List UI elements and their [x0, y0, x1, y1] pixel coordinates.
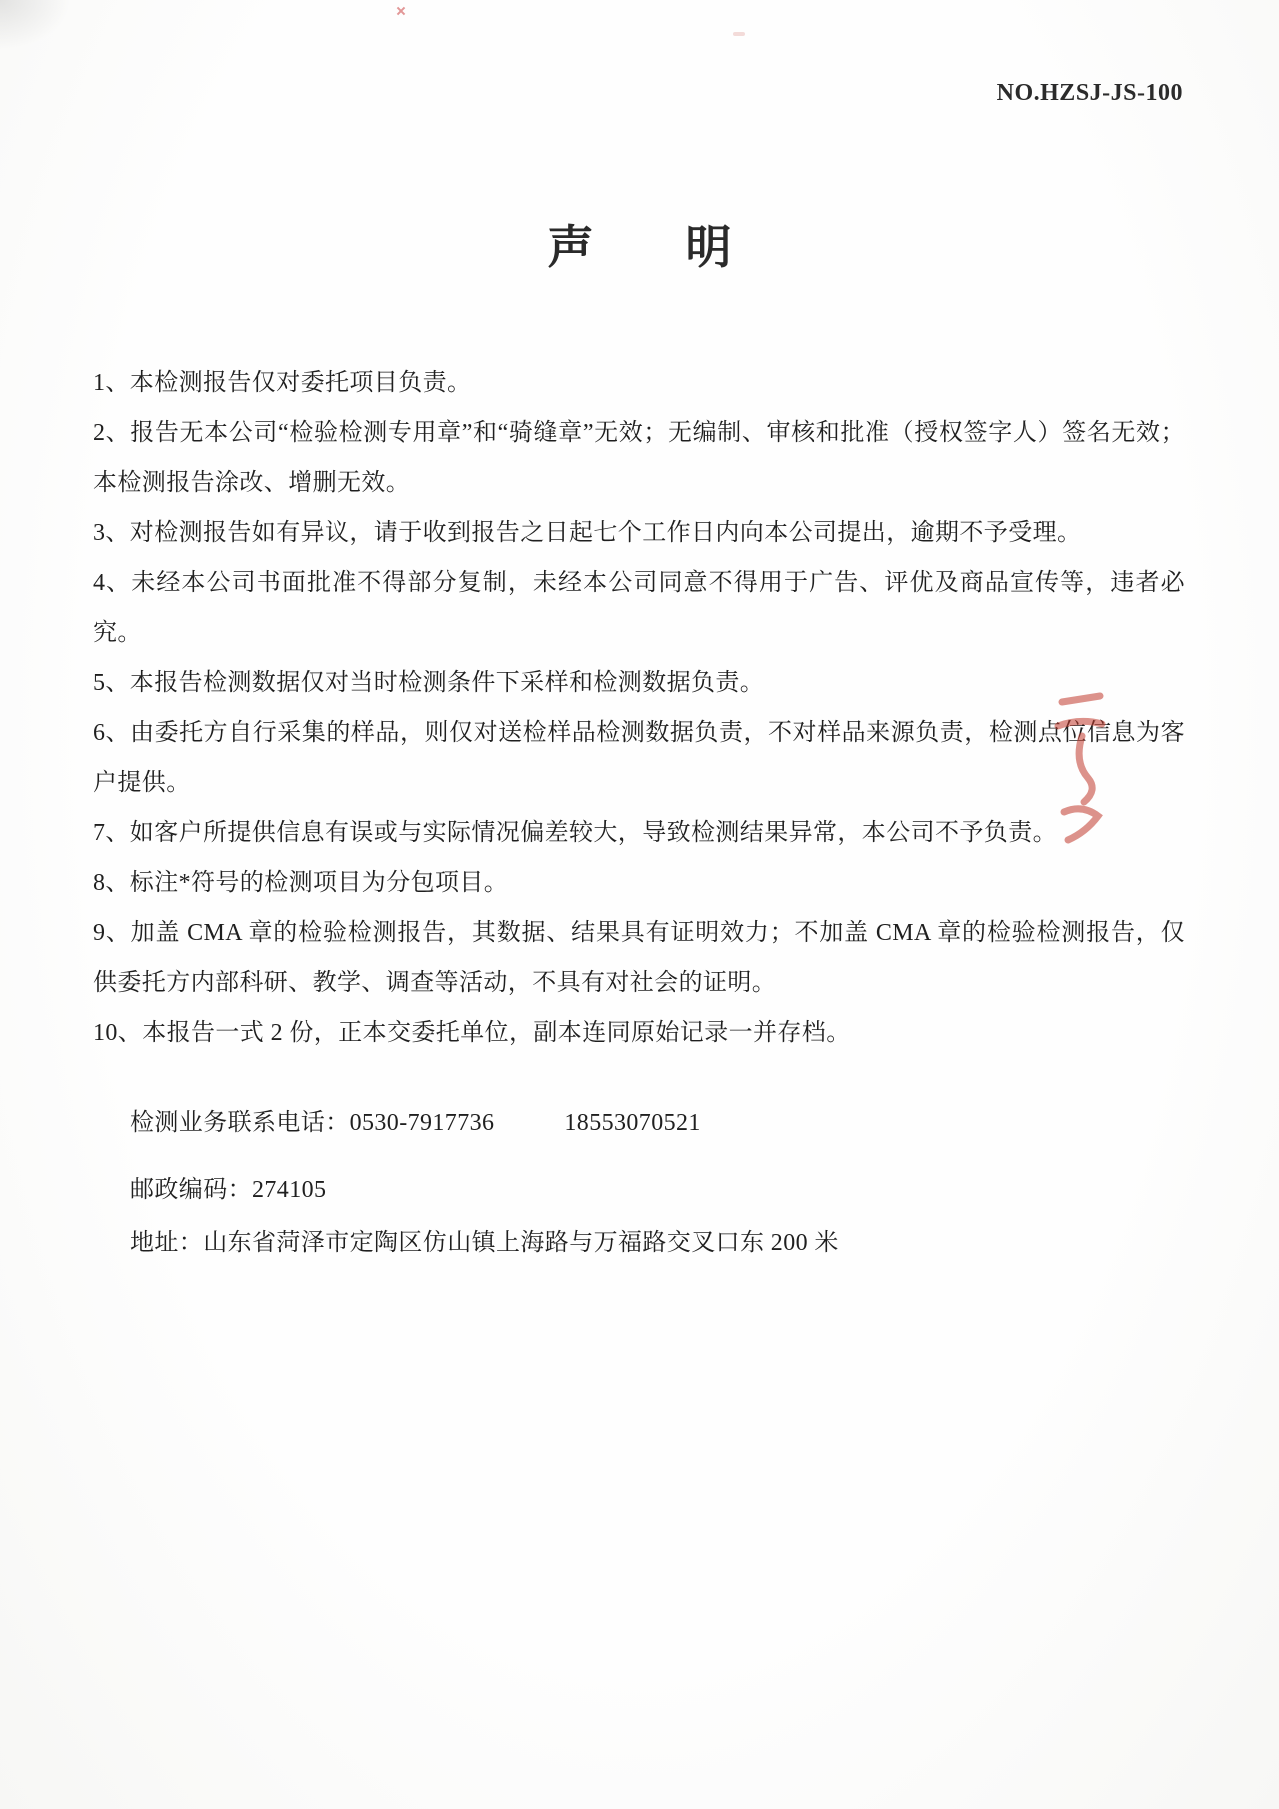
phone-number-1: 0530-7917736: [350, 1110, 495, 1136]
statement-item: 6、由委托方自行采集的样品，则仅对送检样品检测数据负责，不对样品来源负责，检测点…: [93, 708, 1185, 808]
doc-number: NO.HZSJ-JS-100: [997, 79, 1183, 107]
statement-item: 8、标注*符号的检测项目为分包项目。: [93, 858, 1185, 908]
statement-list: 1、本检测报告仅对委托项目负责。 2、报告无本公司“检验检测专用章”和“骑缝章”…: [93, 358, 1185, 1058]
address-line: 地址：山东省菏泽市定陶区仿山镇上海路与万福路交叉口东 200 米: [130, 1228, 839, 1258]
statement-item: 10、本报告一式 2 份，正本交委托单位，副本连同原始记录一并存档。: [93, 1008, 1185, 1058]
scanned-statement-page: NO.HZSJ-JS-100 声 明 1、本检测报告仅对委托项目负责。 2、报告…: [0, 0, 1279, 1809]
statement-item: 5、本报告检测数据仅对当时检测条件下采样和检测数据负责。: [93, 658, 1185, 708]
contact-phone-line: 检测业务联系电话：0530-791773618553070521: [130, 1108, 701, 1138]
page-title: 声 明: [0, 218, 1279, 278]
statement-item: 4、未经本公司书面批准不得部分复制，未经本公司同意不得用于广告、评优及商品宣传等…: [93, 558, 1185, 658]
red-speck-mark: [733, 32, 745, 36]
phone-label: 检测业务联系电话：: [130, 1110, 350, 1136]
statement-item: 1、本检测报告仅对委托项目负责。: [93, 358, 1185, 408]
statement-item: 3、对检测报告如有异议，请于收到报告之日起七个工作日内向本公司提出，逾期不予受理…: [93, 508, 1185, 558]
scan-smudge: [0, 0, 70, 50]
statement-item: 7、如客户所提供信息有误或与实际情况偏差较大，导致检测结果异常，本公司不予负责。: [93, 808, 1185, 858]
statement-item: 9、加盖 CMA 章的检验检测报告，其数据、结果具有证明效力；不加盖 CMA 章…: [93, 908, 1185, 1008]
red-speck-mark: [396, 6, 406, 16]
postal-code-line: 邮政编码：274105: [130, 1175, 326, 1205]
phone-number-2: 18553070521: [564, 1110, 700, 1136]
statement-item: 2、报告无本公司“检验检测专用章”和“骑缝章”无效；无编制、审核和批准（授权签字…: [93, 408, 1185, 508]
